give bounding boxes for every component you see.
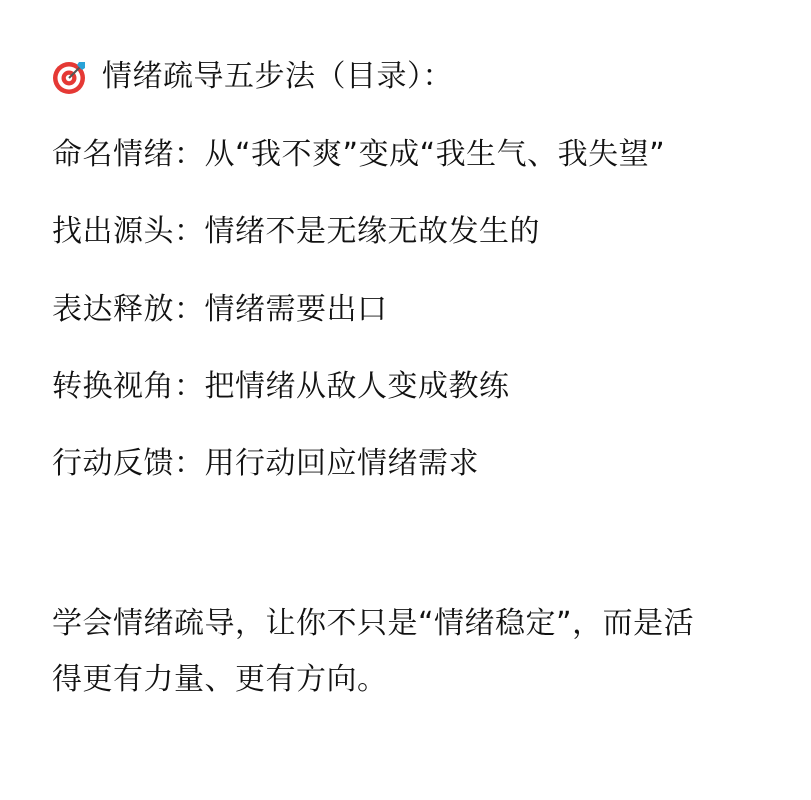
title-line: 情绪疏导五步法（目录）： [52, 57, 453, 97]
step-text: 把情绪从敌人变成教练 [205, 369, 510, 404]
conclusion-paragraph: 学会情绪疏导，让你不只是“情绪稳定”，而是活 得更有力量、更有方向。 [52, 596, 762, 708]
step-item: 找出源头：情绪不是无缘无故发生的 [52, 212, 540, 252]
step-item: 命名情绪：从“我不爽”变成“我生气、我失望” [52, 135, 665, 175]
step-item: 表达释放：情绪需要出口 [52, 290, 388, 330]
step-label: 表达释放： [52, 292, 205, 327]
step-text: 情绪不是无缘无故发生的 [205, 214, 541, 249]
target-dart-icon [52, 59, 88, 95]
step-label: 转换视角： [52, 369, 205, 404]
step-text: 情绪需要出口 [205, 292, 388, 327]
step-label: 找出源头： [52, 214, 205, 249]
step-label: 行动反馈： [52, 446, 205, 481]
step-item: 行动反馈：用行动回应情绪需求 [52, 444, 479, 484]
page-title: 情绪疏导五步法（目录）： [102, 57, 453, 97]
conclusion-line-2: 得更有力量、更有方向。 [52, 652, 762, 708]
step-text: 从“我不爽”变成“我生气、我失望” [205, 137, 666, 172]
step-text: 用行动回应情绪需求 [205, 446, 480, 481]
step-label: 命名情绪： [52, 137, 205, 172]
conclusion-line-1: 学会情绪疏导，让你不只是“情绪稳定”，而是活 [52, 596, 762, 652]
step-item: 转换视角：把情绪从敌人变成教练 [52, 367, 510, 407]
